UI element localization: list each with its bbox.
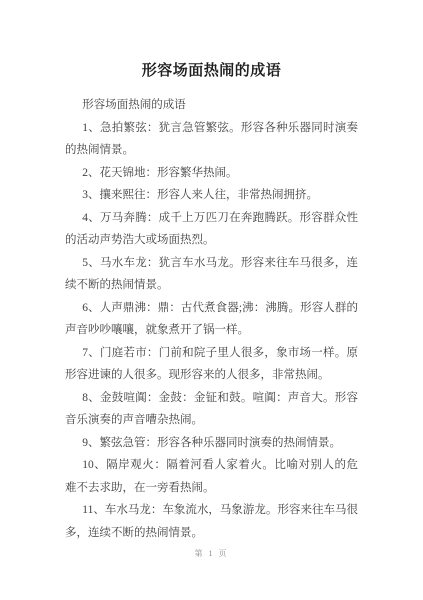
idiom-item-4: 4、万马奔腾：成千上万匹刀在奔跑腾跃。形容群众性的活动声势浩大或场面热烈。: [65, 207, 358, 252]
idiom-item-6: 6、人声鼎沸：鼎：古代煮食器;沸：沸腾。形容人群的声音吵吵嚷嚷，就象煮开了锅一样…: [65, 297, 358, 342]
idiom-item-10: 10、隔岸观火：隔着河看人家着火。比喻对别人的危难不去求助，在一旁看热闹。: [65, 454, 358, 499]
idiom-item-1: 1、急拍繁弦：犹言急管繁弦。形容各种乐器同时演奏的热闹情景。: [65, 117, 358, 162]
idiom-item-7: 7、门庭若市：门前和院子里人很多，象市场一样。原形容进谏的人很多。现形容来的人很…: [65, 342, 358, 387]
idiom-item-5: 5、马水车龙：犹言车水马龙。形容来往车马很多，连续不断的热闹情景。: [65, 252, 358, 297]
intro-line: 形容场面热闹的成语: [65, 94, 358, 117]
document-body: 形容场面热闹的成语 1、急拍繁弦：犹言急管繁弦。形容各种乐器同时演奏的热闹情景。…: [65, 94, 358, 544]
idiom-item-8: 8、金鼓喧阗：金鼓：金钲和鼓。喧阗：声音大。形容音乐演奏的声音嘈杂热闹。: [65, 387, 358, 432]
page-number: 第 1 页: [0, 548, 423, 560]
page-title: 形容场面热闹的成语: [0, 61, 423, 81]
idiom-item-9: 9、繁弦急管：形容各种乐器同时演奏的热闹情景。: [65, 432, 358, 455]
idiom-item-11: 11、车水马龙：车象流水，马象游龙。形容来往车马很多，连续不断的热闹情景。: [65, 499, 358, 544]
idiom-item-3: 3、攘来熙往：形容人来人往，非常热闹拥挤。: [65, 184, 358, 207]
idiom-item-2: 2、花天锦地：形容繁华热闹。: [65, 162, 358, 185]
document-page: 形容场面热闹的成语 形容场面热闹的成语 1、急拍繁弦：犹言急管繁弦。形容各种乐器…: [0, 0, 423, 600]
